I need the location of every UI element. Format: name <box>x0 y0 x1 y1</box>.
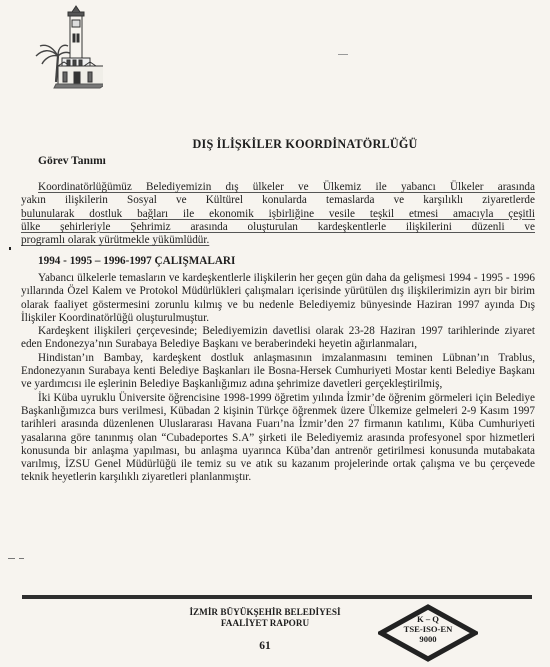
footer-rule <box>22 595 532 599</box>
paragraph: İki Küba uyruklu Üniversite öğrencisine … <box>21 392 535 485</box>
paragraph: Hindistan’ın Bambay, kardeşkent dostluk … <box>21 352 535 392</box>
section-heading: 1994 - 1995 – 1996-1997 ÇALIŞMALARI <box>38 255 235 267</box>
intro-paragraph: Koordinatörlüğümüz Belediyemizin dış ülk… <box>21 181 535 247</box>
badge-line: 9000 <box>378 634 478 644</box>
certification-badge: K – Q TSE-ISO-EN 9000 <box>378 614 478 644</box>
section-subtitle: Görev Tanımı <box>38 155 106 167</box>
scan-mark <box>19 558 24 559</box>
intro-line: programlı olarak yürütmekle yükümlüdür. <box>21 234 209 246</box>
paragraph: Yabancı ülkelerle temasların ve kardeşke… <box>21 272 535 325</box>
page-title: DIŞ İLİŞKİLER KOORDİNATÖRLÜĞÜ <box>0 137 550 152</box>
section-body: Yabancı ülkelerle temasların ve kardeşke… <box>21 272 535 485</box>
intro-line: bulunularak dostluk bağları ile ekonomik… <box>21 208 535 221</box>
page-number: 61 <box>150 640 380 652</box>
footer-org-line2: FAALİYET RAPORU <box>150 618 380 629</box>
scan-mark <box>8 558 15 559</box>
footer-org-line1: İZMİR BÜYÜKŞEHİR BELEDİYESİ <box>150 607 380 618</box>
paragraph: Kardeşkent ilişkileri çerçevesinde; Bele… <box>21 325 535 352</box>
scan-mark <box>338 54 348 55</box>
izmir-clock-tower-icon <box>28 4 103 90</box>
intro-line: Koordinatörlüğümüz Belediyemizin dış ülk… <box>38 181 535 193</box>
intro-line: ülke şehirleriyle Şehrimiz arasında oluş… <box>21 221 535 234</box>
badge-line: K – Q <box>378 614 478 624</box>
scan-mark <box>9 247 11 250</box>
badge-line: TSE-ISO-EN <box>378 624 478 634</box>
intro-line: yakın ilişkilerin Sosyal ve Kültürel kon… <box>21 194 535 207</box>
